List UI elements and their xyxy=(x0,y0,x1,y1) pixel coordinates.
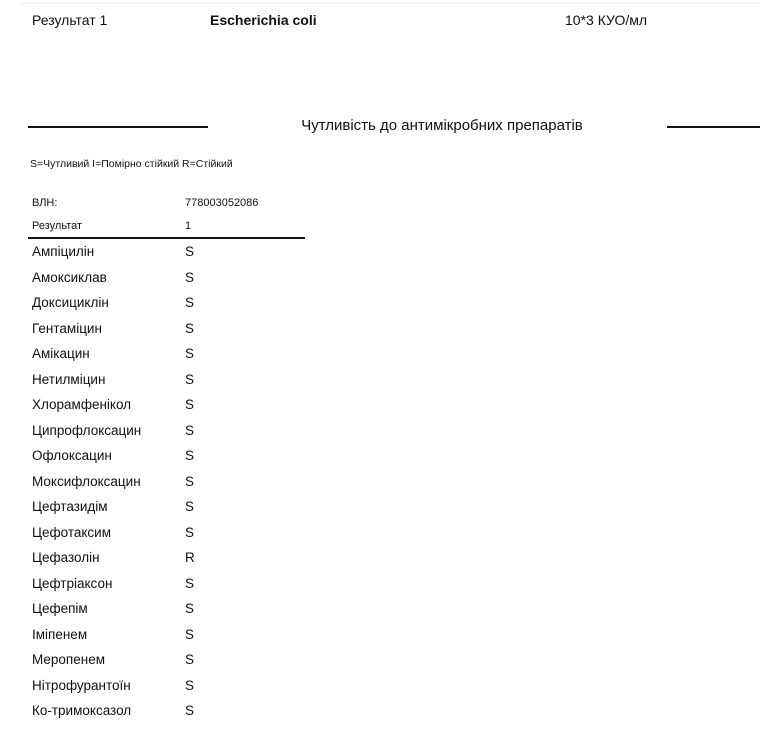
susceptibility-result: S xyxy=(185,371,194,389)
section-divider-right xyxy=(667,126,760,128)
antibiotic-name: Моксифлоксацин xyxy=(32,473,141,491)
susceptibility-result: S xyxy=(185,498,194,516)
susceptibility-result: S xyxy=(185,677,194,695)
antibiotic-name: Гентаміцин xyxy=(32,320,102,338)
susceptibility-result: S xyxy=(185,473,194,491)
result-header-row: Результат 1 xyxy=(32,220,82,232)
organism-quantity: 10*3 КУО/мл xyxy=(565,12,647,28)
antibiotic-name: Доксициклін xyxy=(32,294,109,312)
antibiotic-name: Ципрофлоксацин xyxy=(32,422,141,440)
susceptibility-legend: S=Чутливий I=Помірно стійкий R=Стійкий xyxy=(30,158,233,170)
susceptibility-result: S xyxy=(185,294,194,312)
susceptibility-result: S xyxy=(185,447,194,465)
antibiotic-name: Цефотаксим xyxy=(32,524,111,542)
susceptibility-result: S xyxy=(185,702,194,720)
antibiotic-name: Меропенем xyxy=(32,651,105,669)
antibiotic-name: Цефтріаксон xyxy=(32,575,112,593)
susceptibility-result: S xyxy=(185,243,194,261)
antibiotic-name: Цефепім xyxy=(32,600,88,618)
antibiotic-name: Хлорамфенікол xyxy=(32,396,131,414)
antibiotic-name: Амікацин xyxy=(32,345,90,363)
susceptibility-result: S xyxy=(185,651,194,669)
result-label: Результат 1 xyxy=(32,12,107,28)
susceptibility-result: S xyxy=(185,396,194,414)
result-column-label: Результат xyxy=(32,220,82,232)
organism-name: Escherichia coli xyxy=(210,12,317,28)
table-header-rule xyxy=(28,237,305,239)
vln-label: ВЛН: xyxy=(32,197,57,209)
antibiotic-name: Нітрофурантоїн xyxy=(32,677,131,695)
susceptibility-result: S xyxy=(185,320,194,338)
susceptibility-result: S xyxy=(185,422,194,440)
vln-row: ВЛН: 778003052086 xyxy=(32,197,57,209)
page-top-edge xyxy=(20,0,760,4)
susceptibility-result: S xyxy=(185,575,194,593)
susceptibility-result: S xyxy=(185,345,194,363)
antibiotic-name: Цефазолін xyxy=(32,549,100,567)
antibiotic-name: Цефтазидім xyxy=(32,498,108,516)
antibiotic-name: Амоксиклав xyxy=(32,269,107,287)
susceptibility-result: S xyxy=(185,524,194,542)
antibiotic-name: Іміпенем xyxy=(32,626,87,644)
susceptibility-result: S xyxy=(185,269,194,287)
antibiotic-name: Ко-тримоксазол xyxy=(32,702,131,720)
result-column-value: 1 xyxy=(185,220,191,232)
susceptibility-result: S xyxy=(185,600,194,618)
antibiotic-name: Ампіцилін xyxy=(32,243,94,261)
susceptibility-result: S xyxy=(185,626,194,644)
antibiotic-name: Офлоксацин xyxy=(32,447,112,465)
susceptibility-result: R xyxy=(185,549,195,567)
antibiotic-name: Нетилміцин xyxy=(32,371,105,389)
vln-value: 778003052086 xyxy=(185,197,258,209)
section-title: Чутливість до антимікробних препаратів xyxy=(0,117,760,134)
